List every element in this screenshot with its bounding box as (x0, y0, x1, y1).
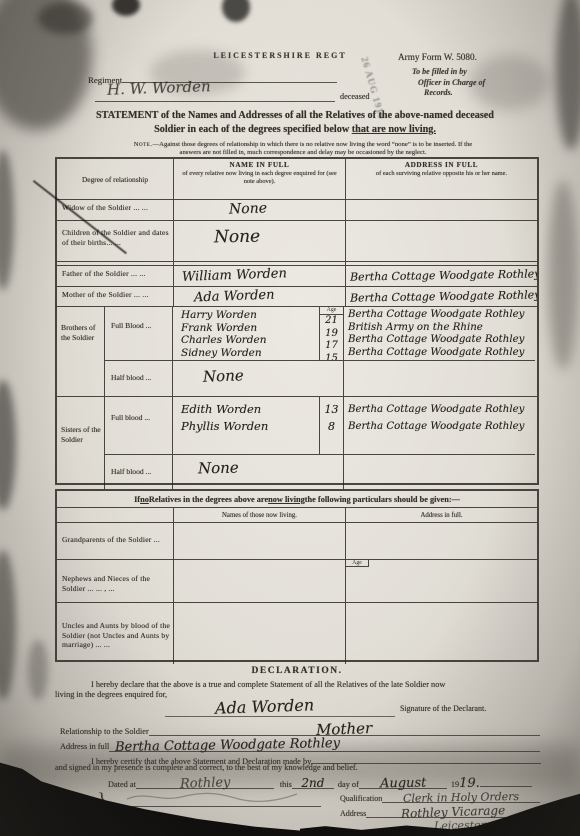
minister-signature-label: Signature of Minister (62, 797, 98, 816)
name-header-title: NAME IN FULL (174, 161, 345, 169)
stain-right-top-streak (556, 0, 580, 150)
grandparents-label: Grandparents of the Soldier ... (57, 523, 173, 559)
mother-name-cell: Ada Worden (173, 287, 345, 306)
day-blank: 2nd (292, 774, 334, 789)
widow-address-cell (345, 200, 537, 220)
divider-row (57, 261, 537, 265)
fill-note-line1: To be filled in by (412, 67, 524, 78)
nephews-row: Nephews and Nieces of the Soldier ... ..… (57, 559, 537, 602)
year-blank (480, 772, 532, 787)
sister-name: Edith Worden (181, 401, 319, 418)
address-in-full-header: Address in full. (345, 508, 537, 522)
uncles-names-cell (173, 603, 345, 664)
fill-note: To be filled in by Officer in Charge of … (412, 67, 524, 99)
brothers-half-label: Half blood ... (104, 360, 172, 396)
sisters-label: Sisters of the Soldier (57, 397, 104, 489)
nephews-address-cell: Age (345, 560, 537, 602)
sister-age: 13 (320, 401, 343, 418)
minister-signature-blank (106, 788, 321, 807)
stain-right-mid (548, 180, 578, 370)
brother-address: Bertha Cottage Woodgate Rothley (348, 334, 535, 347)
declaration-heading: DECLARATION. (55, 666, 539, 676)
address-in-full-label: Address in full (60, 742, 109, 751)
father-label: Father of the Soldier ... ... (57, 266, 173, 286)
qualification-label: Qualification (340, 794, 382, 803)
brother-name: Frank Worden (181, 322, 319, 335)
certify-line2: and signed in my presence is complete an… (55, 763, 541, 772)
declaration-body-line1: I hereby declare that the above is a tru… (55, 680, 541, 690)
nephews-age-box: Age (346, 560, 369, 567)
address-column-header: ADDRESS IN FULL of each surviving relati… (345, 159, 537, 199)
heading-part: Relatives in the degrees above are (149, 495, 268, 504)
signature-brace: } (98, 789, 106, 809)
note-line1: —Against those degrees of relationship i… (152, 141, 472, 148)
declarant-signature-caption: Signature of the Declarant. (400, 704, 486, 713)
mother-label: Mother of the Soldier ... ... (57, 287, 173, 306)
minister-address-label: Address (340, 809, 366, 818)
fill-note-line3: Records. (412, 88, 524, 99)
form-title-line2-pre: Soldier in each of the degrees specified… (154, 124, 352, 135)
sister-name: Phyllis Worden (181, 418, 319, 435)
sister-age: 8 (320, 418, 343, 435)
form-title-line2-underlined: that are now living. (352, 124, 436, 135)
grandparents-names-cell (173, 523, 345, 559)
form-title-line1: STATEMENT of the Names and Addresses of … (48, 110, 542, 121)
minister-address-line2: Leicester (395, 816, 525, 835)
brothers-ages: 21 19 17 15 (320, 315, 343, 360)
heading-part-underlined: now living (268, 495, 305, 504)
signature-label-line1: Signature (62, 797, 98, 807)
regiment-stamp: LEICESTERSHIRE REGT (200, 51, 360, 60)
father-address-cell: Bertha Cottage Woodgate Rothley (345, 266, 537, 286)
sisters-half-cell: None (172, 454, 343, 489)
brother-age: 19 (320, 328, 343, 341)
sisters-half-address-cell (343, 454, 535, 489)
brothers-half-cell: None (172, 360, 343, 396)
mother-address-cell: Bertha Cottage Woodgate Rothley (345, 287, 537, 306)
grandparents-address-cell (345, 523, 537, 559)
soldier-name-line: H. W. Worden (95, 79, 335, 102)
brother-name: Charles Worden (181, 334, 319, 347)
father-row: Father of the Soldier ... ... William Wo… (57, 265, 537, 286)
sisters-block: Sisters of the Soldier Full blood ... Ed… (57, 396, 537, 489)
sisters-half-label: Half blood ... (104, 454, 172, 489)
address-header-title: ADDRESS IN FULL (346, 161, 537, 169)
address-header-sub: of each surviving relative opposite his … (346, 169, 537, 178)
children-name-handwritten: None (214, 227, 260, 248)
widow-label: Widow of the Soldier ... ... (57, 200, 173, 220)
widow-name-handwritten: None (229, 200, 268, 217)
mother-row: Mother of the Soldier ... ... Ada Worden… (57, 286, 537, 306)
relationship-label: Relationship to the Soldier (60, 727, 149, 736)
brother-name: Harry Worden (181, 309, 319, 322)
declarant-signature-handwritten: Ada Worden (215, 695, 315, 717)
divider-cell (345, 262, 537, 265)
relatives-table-header-row: Degree of relationship NAME IN FULL of e… (57, 159, 537, 199)
brother-address: Bertha Cottage Woodgate Rothley (348, 309, 535, 322)
deceased-label: deceased (340, 92, 370, 101)
brother-address: Bertha Cottage Woodgate Rothley (348, 347, 535, 360)
sisters-age-cell: 13 8 (319, 397, 343, 454)
sister-address: Bertha Cottage Woodgate Rothley (348, 401, 535, 418)
sisters-full-names: Edith Worden Phyllis Worden (172, 397, 319, 454)
declarant-signature-line: Ada Worden (165, 697, 395, 717)
empty-header-cell (57, 508, 173, 522)
children-address-cell (345, 221, 537, 261)
no-relatives-table: If no Relatives in the degrees above are… (55, 489, 539, 662)
brother-age: 15 (320, 353, 343, 361)
uncles-address-cell (345, 603, 537, 664)
brothers-half-address-cell (343, 360, 535, 396)
address-in-full-line: Address in full Bertha Cottage Woodgate … (60, 736, 540, 752)
children-label: Children of the Soldier and dates of the… (57, 221, 173, 261)
signature-label-line2: of Minister (62, 807, 98, 817)
note-label: Note. (134, 141, 153, 148)
brothers-block: Brothers of the Soldier Full Blood ... H… (57, 306, 537, 396)
form-title-line2: Soldier in each of the degrees specified… (48, 124, 542, 135)
brothers-half-handwritten: None (203, 366, 244, 385)
widow-row: Widow of the Soldier ... ... None (57, 199, 537, 220)
brothers-label: Brothers of the Soldier (57, 307, 104, 396)
form-number: Army Form W. 5080. (398, 52, 477, 62)
name-column-header: NAME IN FULL of every relative now livin… (173, 159, 345, 199)
divider-cell (173, 262, 345, 265)
mother-address-handwritten: Bertha Cottage Woodgate Rothley (350, 288, 537, 304)
uncles-row: Uncles and Aunts by blood of the Soldier… (57, 602, 537, 664)
brother-name: Sidney Worden (181, 347, 319, 360)
father-address-handwritten: Bertha Cottage Woodgate Rothley (350, 267, 537, 283)
names-now-living-header: Names of those now living. (173, 508, 345, 522)
name-header-sub: of every relative now living in each deg… (174, 169, 345, 185)
age-column-label: Age (320, 307, 343, 315)
stain-top-mark-1 (112, 0, 140, 16)
relationship-blank: Mother (149, 720, 540, 736)
scanned-army-form-page: LEICESTERSHIRE REGT Army Form W. 5080. 2… (0, 0, 580, 836)
sisters-full-label: Full blood ... (104, 397, 172, 454)
nephews-label: Nephews and Nieces of the Soldier ... ..… (57, 560, 173, 602)
stain-top-mark-2 (222, 0, 250, 22)
sisters-half-handwritten: None (198, 459, 239, 478)
qualification-blank: Clerk in Holy Orders (382, 788, 540, 803)
sister-address: Bertha Cottage Woodgate Rothley (348, 418, 535, 435)
brothers-full-label: Full Blood ... (104, 307, 172, 360)
children-name-cell: None (173, 221, 345, 261)
minister-signature-block: Signature of Minister } (62, 788, 321, 816)
relatives-table: Degree of relationship NAME IN FULL of e… (55, 157, 539, 485)
stain-top-left-2 (38, 2, 93, 34)
stain-left-streak-2 (0, 380, 16, 510)
form-note: Note.—Against those degrees of relations… (68, 141, 538, 157)
father-name-cell: William Worden (173, 266, 345, 286)
heading-part: the following particulars should be give… (305, 495, 460, 504)
heading-part-underlined: no (140, 495, 149, 504)
fill-note-line2: Officer in Charge of (412, 78, 524, 89)
children-row: Children of the Soldier and dates of the… (57, 220, 537, 261)
degree-column-header: Degree of relationship (57, 159, 173, 199)
mother-name-handwritten: Ada Worden (194, 288, 275, 306)
stain-left-low (28, 640, 48, 700)
qualification-line: Qualification Clerk in Holy Orders (340, 788, 540, 803)
divider-cell (57, 262, 173, 265)
stain-left-streak-3 (0, 550, 16, 700)
nephews-names-cell (173, 560, 345, 602)
month-blank: August (359, 774, 447, 789)
brother-address: British Army on the Rhine (348, 322, 535, 335)
soldier-name-handwritten: H. W. Worden (107, 77, 211, 99)
relationship-line: Relationship to the Soldier Mother (60, 720, 540, 736)
brothers-age-cell: Age 21 19 17 15 (319, 307, 343, 360)
stain-left-streak-1 (0, 150, 14, 290)
no-relatives-header-row: Names of those now living. Address in fu… (57, 508, 537, 522)
minister-address2-handwritten: Leicester (434, 819, 486, 833)
address-in-full-blank: Bertha Cottage Woodgate Rothley (109, 736, 540, 752)
brother-age: 21 (320, 315, 343, 328)
no-relatives-heading: If no Relatives in the degrees above are… (57, 491, 537, 508)
uncles-label: Uncles and Aunts by blood of the Soldier… (57, 603, 173, 664)
note-line2: answers are not filled in, much correspo… (180, 149, 427, 156)
brothers-full-addresses: Bertha Cottage Woodgate Rothley British … (343, 307, 535, 360)
widow-name-cell: None (173, 200, 345, 220)
father-name-handwritten: William Worden (182, 266, 287, 285)
sisters-full-addresses: Bertha Cottage Woodgate Rothley Bertha C… (343, 397, 535, 454)
brother-age: 17 (320, 340, 343, 353)
degree-column-header-text: Degree of relationship (82, 175, 148, 184)
brothers-full-names: Harry Worden Frank Worden Charles Worden… (172, 307, 319, 360)
grandparents-row: Grandparents of the Soldier ... (57, 522, 537, 559)
minister-signature-scribble (123, 788, 303, 804)
dated-at-blank: Rothley (136, 774, 274, 789)
sisters-ages: 13 8 (320, 397, 343, 435)
